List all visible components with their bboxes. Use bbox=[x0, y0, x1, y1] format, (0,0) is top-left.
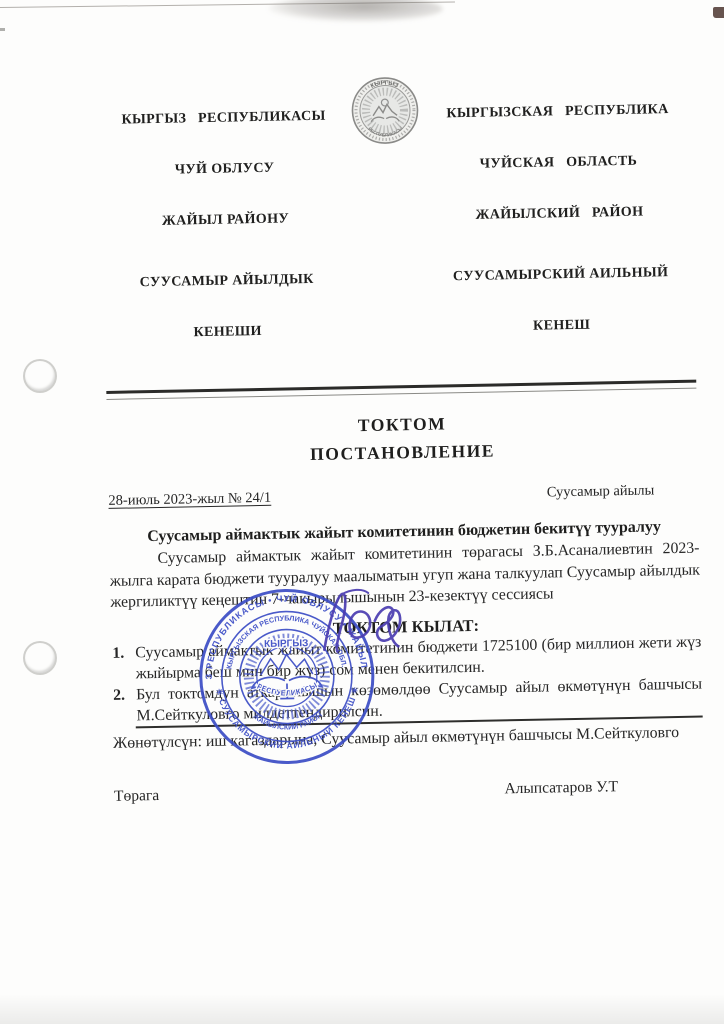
signer-name: Алыпсатаров У.Т bbox=[504, 777, 618, 799]
scan-smudge bbox=[268, 0, 443, 22]
date-and-number: 28-июль 2023-жыл № 24/1 bbox=[108, 488, 271, 511]
signature-row: Төрага Алыпсатаров У.Т bbox=[114, 776, 704, 807]
document-body: КЫРГЫЗ РЕСПУБЛИКАСЫ ЧУЙ ОБЛУСУ ЖАЙЫЛ РАЙ… bbox=[100, 51, 704, 807]
letterhead-line: КЫРГЫЗСКАЯ РЕСПУБЛИКА bbox=[424, 101, 691, 123]
scan-shadow-band bbox=[0, 994, 724, 1024]
corner-mark bbox=[713, 7, 724, 18]
letterhead-line: ЧУЙСКАЯ ОБЛАСТЬ bbox=[425, 152, 692, 174]
council-name: СУУСАМЫР АЙЫЛДЫК bbox=[104, 270, 349, 292]
signature-ink bbox=[316, 584, 413, 662]
scanned-decree-page: КЫРГЫЗ РЕСПУБЛИКАСЫ ЧУЙ ОБЛУСУ ЖАЙЫЛ РАЙ… bbox=[0, 0, 724, 1024]
hole-punch bbox=[23, 359, 57, 393]
letterhead-line: ЖАЙЫЛСКИЙ РАЙОН bbox=[426, 203, 693, 225]
kyrgyz-state-emblem-icon: КЫРГЫЗ РЕСПУБЛИКАСЫ bbox=[348, 74, 421, 147]
council-name: СУУСАМЫРСКИЙ АИЛЬНЫЙ bbox=[427, 264, 694, 286]
council-name: КЕНЕШИ bbox=[105, 321, 350, 343]
meta-row: 28-июль 2023-жыл № 24/1 Суусамыр айылы bbox=[108, 480, 698, 511]
stamp-center-top-text: КЫРГЫЗ bbox=[264, 638, 308, 650]
item-number: 1. bbox=[111, 642, 136, 684]
letterhead: КЫРГЫЗ РЕСПУБЛИКАСЫ ЧУЙ ОБЛУСУ ЖАЙЫЛ РАЙ… bbox=[100, 67, 696, 377]
letterhead-russian: КЫРГЫЗСКАЯ РЕСПУБЛИКА ЧУЙСКАЯ ОБЛАСТЬ ЖА… bbox=[423, 67, 696, 371]
emblem-column: КЫРГЫЗ РЕСПУБЛИКАСЫ bbox=[345, 72, 424, 147]
letterhead-kyrgyz: КЫРГЫЗ РЕСПУБЛИКАСЫ ЧУЙ ОБЛУСУ ЖАЙЫЛ РАЙ… bbox=[100, 73, 351, 377]
item-number: 2. bbox=[112, 684, 137, 726]
hole-punch bbox=[23, 641, 57, 675]
letterhead-line: КЫРГЫЗ РЕСПУБЛИКАСЫ bbox=[101, 107, 346, 129]
signer-role: Төрага bbox=[114, 786, 159, 807]
letterhead-line: ЧУЙ ОБЛУСУ bbox=[102, 158, 347, 180]
council-name: КЕНЕШ bbox=[428, 315, 695, 337]
place-name: Суусамыр айылы bbox=[547, 480, 699, 503]
letterhead-divider bbox=[106, 380, 696, 400]
edge-nick bbox=[0, 28, 5, 31]
letterhead-line: ЖАЙЫЛ РАЙОНУ bbox=[103, 209, 348, 231]
